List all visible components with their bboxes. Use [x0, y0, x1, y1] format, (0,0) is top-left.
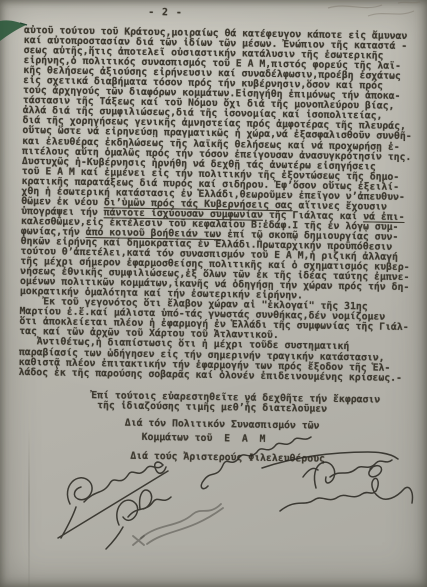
signature-block-title-liberals: Διά τούς Ἀριστερούς Φιλελευθέρους — [130, 452, 325, 465]
scanned-document-photo: - 2 - αὐτοῦ τούτου τοῦ Κράτους,μοιραίως … — [0, 0, 427, 587]
page-number: - 2 - — [148, 7, 183, 19]
typewritten-content: - 2 - αὐτοῦ τούτου τοῦ Κράτους,μοιραίως … — [0, 0, 427, 587]
paper-sheet: - 2 - αὐτοῦ τούτου τοῦ Κράτους,μοιραίως … — [0, 0, 427, 587]
signature-block-title-eam-1: Διά τόν Πολιτικόν Συνασπισμόν τῶν — [125, 419, 320, 432]
paper-crease — [28, 428, 30, 587]
signature-block-title-eam-2: Κομμάτων τοῦ Ε Α Μ — [142, 433, 266, 445]
closing-courtesy-line-2: τῆς ἰδιαζούσης τιμῆς μεθ’ἧς διατελοῦμεν — [97, 401, 327, 415]
letter-body: αὐτοῦ τούτου τοῦ Κράτους,μοιραίως θά κατ… — [19, 26, 422, 384]
